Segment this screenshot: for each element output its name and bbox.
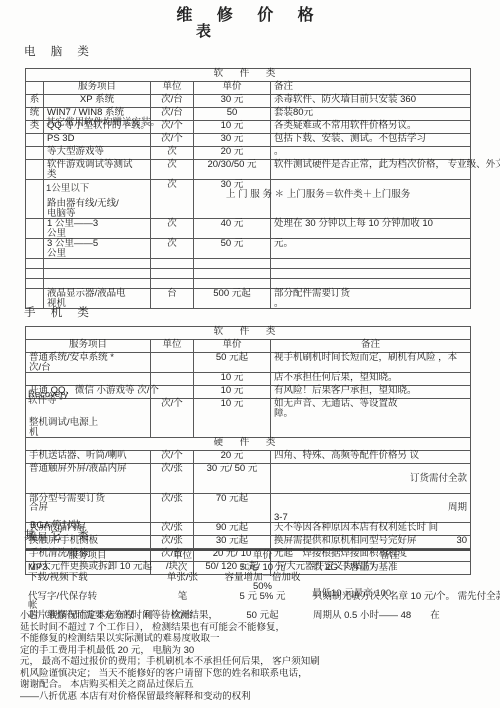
cell-remark: 处理在 30 分钟以上每 10 分钟加收 10 — [271, 219, 471, 239]
table-row: PS 3D 次/个 30 元 包括下载、安装、测试。不包括学习 — [26, 134, 471, 147]
cell-unit: 次/个 — [151, 399, 194, 438]
cell-group — [26, 134, 44, 147]
cell-service — [44, 259, 151, 269]
cell-unit — [151, 373, 194, 386]
col-header-unit: 单位 — [151, 340, 194, 353]
cell-price: 20 元 — [194, 147, 271, 160]
table-group-header-row: 硬 件 类 — [26, 438, 471, 451]
cell-price: 30 元 — [194, 134, 271, 147]
cell-price: 5 元/ 10 元 容量增加一倍加收 50% — [215, 563, 310, 592]
cell-remark: 上 门 服 务 ＊ 上门服务＝软件类＋上门服务 — [271, 180, 471, 219]
cell-price: 10 元 — [194, 386, 271, 399]
cell-unit: 次/个 — [151, 451, 194, 464]
cell-price: 30 元 — [194, 95, 271, 108]
cell-remark: 套装80元 — [271, 108, 471, 121]
cell-group: 统 — [26, 108, 44, 121]
col-header-service: 服务项目 — [26, 340, 151, 353]
cell-unit — [151, 259, 194, 269]
cell-service — [26, 373, 151, 386]
cell-remark: 元。 — [271, 239, 471, 259]
cell-service: 1 公里——3 公里 — [44, 219, 151, 239]
cell-service: 普通触屏外屏/液晶内屏 — [26, 464, 151, 494]
cell-service: 其它常用软件均赠送安装。 QQ 等小型软件的下载。 — [44, 121, 151, 134]
cell-price: 70 元起 — [194, 493, 271, 523]
table-row — [26, 269, 471, 279]
col-header-price: 单价 — [194, 340, 271, 353]
cell-remark-text: 换屏需提供和原机相同型号完好屏 — [274, 535, 417, 546]
col-header-remark: 备注 — [271, 340, 471, 353]
note-line: 不能修复的检测结果以实际测试的难易度收取一 — [20, 633, 494, 645]
document-title: 维 修 价 格 — [0, 7, 500, 24]
cell-service: 3 公里——5 公里 — [44, 239, 151, 259]
table-group-header-row: 软 件 类 — [26, 69, 471, 82]
cell-remark — [271, 279, 471, 289]
table-row: 液晶显示器/液晶电 视机 台 500 元起 部分配件需要订货 。 — [26, 289, 471, 309]
table-row: 代写字/代保存转 帐 笔 5 元 5% 元 最低10 元最高 100 只刻制光敏… — [25, 592, 470, 611]
cell-unit: 次/个 — [151, 134, 194, 147]
cell-service-text: 整机调试/电源上 机 — [29, 417, 98, 438]
cell-unit: 次/张 — [151, 464, 194, 494]
cell-unit: 次/个 — [151, 121, 194, 134]
note-line: 延长时间不超过 7 个工作日）， 检测结果也有可能会不能修复， — [20, 622, 494, 634]
cell-unit: 次 — [151, 219, 194, 239]
cell-remark: 周期 3-7 — [271, 493, 471, 523]
cell-price — [194, 259, 271, 269]
table-row: MP3 下载/视频下载 次 单张/张 5 元/ 10 元 容量增加一倍加收 50… — [25, 563, 470, 592]
cell-remark — [271, 269, 471, 279]
cell-service: 手机送话器、听筒/喇叭 — [26, 451, 151, 464]
cell-unit — [151, 269, 194, 279]
table-column-header-row: 服务项目 单位 单价 备注 — [26, 340, 471, 353]
table-row: Recovery 开通 QQ、微信 小游戏等 次/个 10 元 有风险！后果客户… — [26, 386, 471, 399]
cell-unit: 次/张 — [151, 536, 194, 549]
cell-remark: 30 换屏需提供和原机相同型号完好屏 — [271, 536, 471, 549]
cell-group — [26, 239, 44, 259]
table-column-header-row: 服务项目 单位 单价 备注 — [26, 82, 471, 95]
cell-service: 代写字/代保存转 帐 — [25, 592, 150, 611]
cell-price: 90 元起 — [194, 523, 271, 536]
table-row: 等大型游戏等 次 20 元 。 — [26, 147, 471, 160]
section-label-phone: 手 机 类 — [24, 307, 95, 319]
cell-unit: 次/台 — [151, 95, 194, 108]
cell-service: 1公里以下 路由器有线/无线/ 电脑等 — [44, 180, 151, 219]
cell-remark-right-text: 周期 — [448, 503, 467, 513]
cell-unit: 次/张 — [151, 493, 194, 523]
note-line: 元， 最高不超过报价的费用；手机刷机本不承担任何后果， 客户须知刷 — [20, 656, 494, 668]
cell-remark: 。 — [271, 147, 471, 160]
cell-group — [26, 219, 44, 239]
cell-price: 500 元起 — [194, 289, 271, 309]
cell-unit: 次 单张/张 — [150, 563, 215, 592]
cell-price: 20/30/50 元 — [194, 160, 271, 180]
cell-remark: 包括下载、安装、测试。不包括学习 — [271, 134, 471, 147]
cell-remark: 杀毒软件、防火墙目前只安装 360 — [271, 95, 471, 108]
group-header-cell: 硬 件 类 — [26, 438, 471, 451]
document-title-wrap-char: 表 — [196, 24, 211, 39]
cell-price: 50 元起 — [194, 353, 271, 373]
cell-group — [26, 269, 44, 279]
cell-group — [26, 180, 44, 219]
cell-price — [194, 269, 271, 279]
cell-service: PS 3D — [44, 134, 151, 147]
table-row: 手机送话器、听筒/喇叭 次/个 20 元 四角、特殊、高频等配件价格另 议 — [26, 451, 471, 464]
cell-price: 10 元 — [194, 373, 271, 386]
cell-unit — [151, 353, 194, 373]
cell-price: 10 元 — [194, 399, 271, 438]
table-row: 1 公里——3 公里 次 40 元 处理在 30 分钟以上每 10 分钟加收 1… — [26, 219, 471, 239]
overlap-text: 其它常用软件均赠送安装。 — [46, 118, 160, 128]
cell-group — [26, 289, 44, 309]
cell-group — [26, 279, 44, 289]
table-row: 普通触屏外屏/液晶内屏 次/张 30 元/ 50 元 订货需付全款 — [26, 464, 471, 494]
section-label-computer: 电 脑 类 — [24, 46, 95, 58]
table-row: 3 公里——5 公里 次 50 元 元。 — [26, 239, 471, 259]
note-line: 小时（视情况而定本店有权 利 。 — [20, 610, 494, 622]
cell-remark — [271, 259, 471, 269]
overlap-text: 软件等 * — [28, 396, 63, 406]
cell-price: 50 元 — [194, 239, 271, 259]
price-list-document: 维 修 价 格 表 电 脑 类 软 件 类 服务项目 单位 单价 备注 系 XP… — [0, 0, 500, 708]
cell-service: XP 系统 — [44, 95, 151, 108]
cell-group: 类 — [26, 121, 44, 134]
table-row: 1公里以下 路由器有线/无线/ 电脑等 次 30 元 上 门 服 务 ＊ 上门服… — [26, 180, 471, 219]
cell-service — [44, 279, 151, 289]
cell-price: 10 元 — [194, 121, 271, 134]
cell-price — [194, 279, 271, 289]
cell-service: 液晶显示器/液晶电 视机 — [44, 289, 151, 309]
cell-unit: 次 — [151, 180, 194, 219]
table-row: 软件等 * 整机调试/电源上 机 次/个 10 元 如无声音、无通话、等设置故 … — [26, 399, 471, 438]
section-label-other: 其 它 类 — [24, 530, 95, 542]
group-header-cell: 软 件 类 — [26, 69, 471, 82]
col-header-unit: 单位 — [151, 82, 194, 95]
cell-unit: 次 — [151, 147, 194, 160]
col-header-service: 服务项目 — [44, 82, 151, 95]
cell-remark-right-text: 30 — [456, 536, 467, 546]
cell-remark: 各类疑难或不常用软件价格另议。 — [271, 121, 471, 134]
cell-service — [44, 269, 151, 279]
note-line: 谢谢配合。 本店购买相关之商品过保后五 — [20, 679, 494, 691]
cell-remark: 如无声音、无通话、等设置故 障。 — [271, 399, 471, 438]
table-group-header-row: 软 件 类 — [26, 327, 471, 340]
note-line: 机风险谨慎决定； 当天不能修好的客户请留下您的姓名和联系电话， — [20, 668, 494, 680]
cell-price: 5 元 5% 元 — [215, 592, 310, 611]
table-row: 类 其它常用软件均赠送安装。 QQ 等小型软件的下载。 次/个 10 元 各类疑… — [26, 121, 471, 134]
cell-price: 20 元 — [194, 451, 271, 464]
cell-service: 普通系统/安卓系统 * 次/台 — [26, 353, 151, 373]
table-row: 普通系统/安卓系统 * 次/台 50 元起 视手机刷机时间长短而定，刷机有风险 … — [26, 353, 471, 373]
cell-group-header — [26, 82, 44, 95]
cell-group — [26, 147, 44, 160]
cell-remark: 店不承担任何后果，望知晓。 — [271, 373, 471, 386]
cell-remark: 部分配件需要订货 。 — [271, 289, 471, 309]
table-row: 软件游戏调试等测试 类 次 20/30/50 元 软件测试硬件是否正常，此为档次… — [26, 160, 471, 180]
col-header-remark: 备注 — [271, 82, 471, 95]
cell-unit: 笔 — [150, 592, 215, 611]
computer-software-table: 软 件 类 服务项目 单位 单价 备注 系 XP 系统 次/台 30 元 杀毒软… — [25, 68, 471, 309]
cell-price: 40 元 — [194, 219, 271, 239]
cell-price: 50 — [194, 108, 271, 121]
cell-remark-right-text: 订货需付全款 — [410, 474, 467, 484]
cell-remark: 天不等因各种原因本店有权利延长时 间 — [271, 523, 471, 536]
cell-remark: 最低10 元最高 100 只刻制光敏万次人名章 10 元/个。 需先付全款 — [310, 592, 470, 611]
cell-remark: 有风险！后果客户承担，望知晓。 — [271, 386, 471, 399]
cell-group: 系 — [26, 95, 44, 108]
cell-unit: 次 — [151, 160, 194, 180]
note-line: ——八折优惠 本店有对价格保留最终解释和变动的权利 — [20, 691, 494, 703]
cell-price: 30 元起 — [194, 536, 271, 549]
cell-service: MP3 下载/视频下载 — [25, 563, 150, 592]
cell-service: 等大型游戏等 — [44, 147, 151, 160]
table-row — [26, 259, 471, 269]
cell-group — [26, 259, 44, 269]
cell-service-text: 路由器有线/无线/ 电脑等 — [47, 198, 119, 219]
table-row: 部分型号需要订货 合屏 次/张 70 元起 周期 3-7 — [26, 493, 471, 523]
cell-price: 30 元/ 50 元 — [194, 464, 271, 494]
cell-remark-text: 上 门 服 务 ＊ 上门服务＝软件类＋上门服务 — [226, 190, 467, 200]
group-header-cell: 软 件 类 — [26, 327, 471, 340]
cell-service: 部分型号需要订货 合屏 — [26, 493, 151, 523]
cell-remark: 订货需付全款 — [271, 464, 471, 494]
cell-remark-text: 3-7 — [274, 512, 288, 523]
cell-service: 软件游戏调试等测试 类 — [44, 160, 151, 180]
table-row: 10 元 店不承担任何后果，望知晓。 — [26, 373, 471, 386]
cell-group — [26, 160, 44, 180]
overlap-text: 1公里以下 — [46, 184, 89, 194]
table-row — [26, 279, 471, 289]
cell-unit — [151, 279, 194, 289]
col-header-price: 单价 — [194, 82, 271, 95]
cell-unit — [151, 386, 194, 399]
table-row: 系 XP 系统 次/台 30 元 杀毒软件、防火墙目前只安装 360 — [26, 95, 471, 108]
cell-service: 软件等 * 整机调试/电源上 机 — [26, 399, 151, 438]
cell-remark: 视手机刷机时间长短而定，刷机有风险 ，本 — [271, 353, 471, 373]
footer-notes: 小时（视情况而定本店有权 利 。 延长时间不超过 7 个工作日）， 检测结果也有… — [20, 610, 494, 702]
overlap-text: 最低10 元最高 100 — [312, 589, 391, 599]
cell-remark: 四角、特殊、高频等配件价格另 议 — [271, 451, 471, 464]
note-line: 定的手工费用手机最低 20 元， 电脑为 30 — [20, 645, 494, 657]
cell-unit: 台 — [151, 289, 194, 309]
cell-remark: 软件测试硬件是否正常，此为档次价格， 专业级、外文级别价格另议。 — [271, 160, 471, 180]
cell-unit: 次/张 — [151, 523, 194, 536]
cell-unit: 次 — [151, 239, 194, 259]
